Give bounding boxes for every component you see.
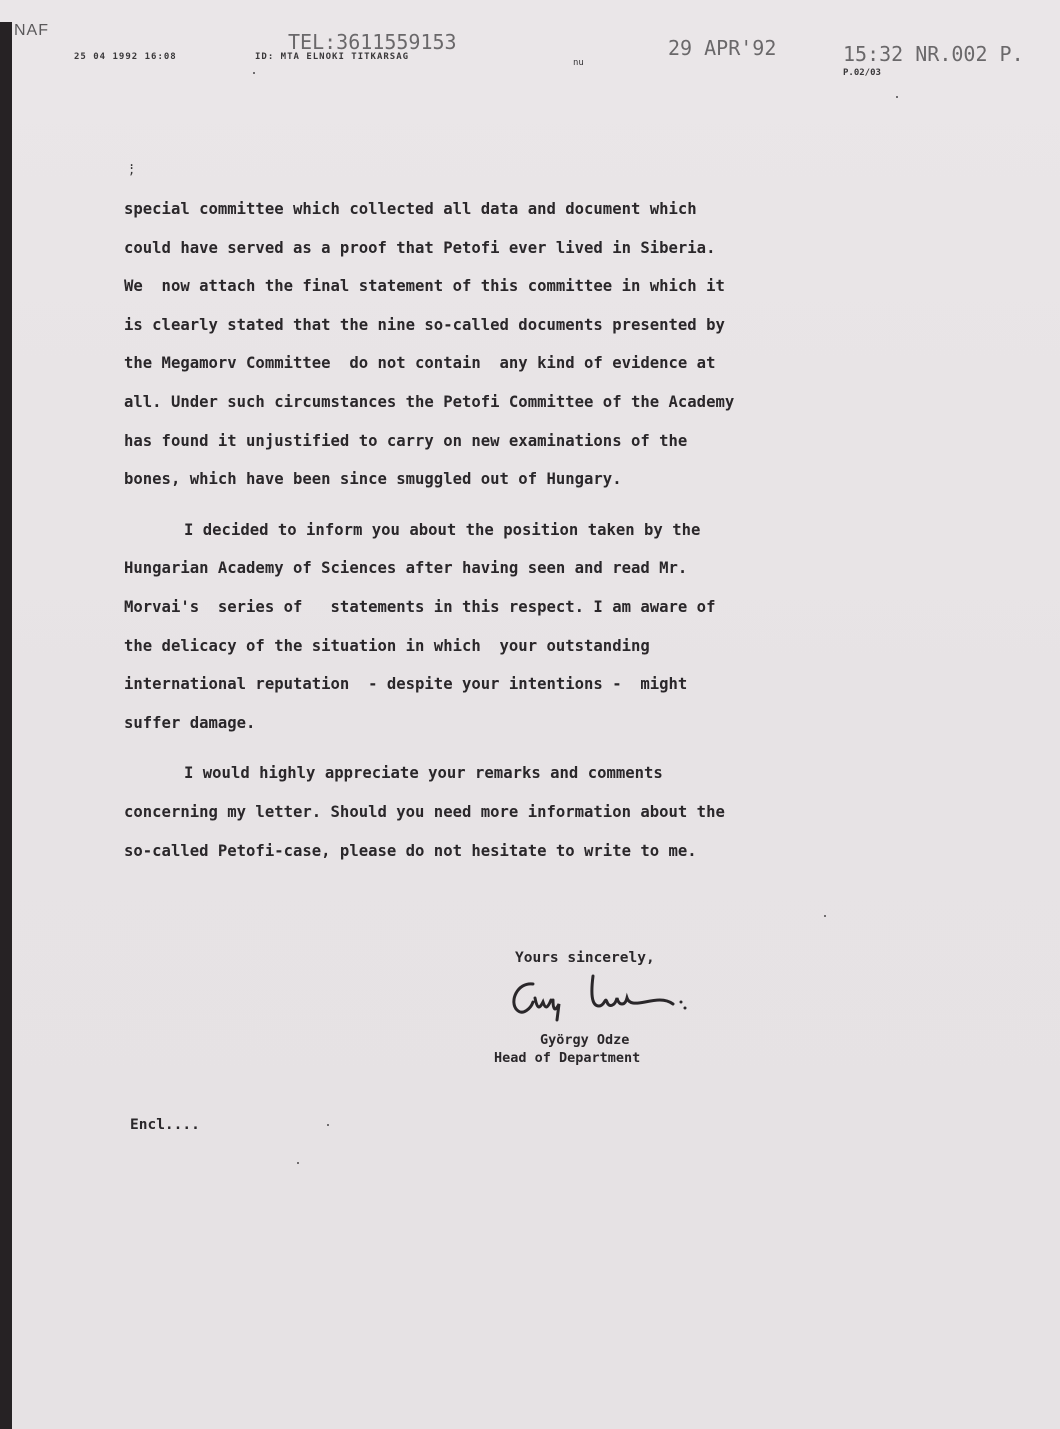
letter-line: has found it unjustified to carry on new… — [124, 422, 894, 461]
letter-line: special committee which collected all da… — [124, 190, 894, 229]
letter-paragraph: special committee which collected all da… — [124, 190, 894, 499]
letter-line: I would highly appreciate your remarks a… — [124, 754, 894, 793]
enclosure-note: Encl.... — [130, 1117, 200, 1133]
scan-speck — [253, 72, 255, 74]
letter-line: We now attach the final statement of thi… — [124, 267, 894, 306]
letter-line: could have served as a proof that Petofi… — [124, 229, 894, 268]
signer-name: György Odze — [540, 1032, 629, 1048]
page-stamp: P.02/03 — [843, 68, 881, 78]
scan-edge-shadow — [0, 22, 12, 1429]
fax-page: NAF 25 04 1992 16:08 ID: MTA ELNOKI TITK… — [0, 0, 1060, 1429]
sender-code: NAF — [14, 22, 49, 40]
margin-mark: .; — [128, 158, 135, 174]
transmission-stamp-left: 25 04 1992 16:08 — [74, 52, 177, 62]
scan-speck — [896, 96, 898, 98]
scan-speck — [327, 1124, 329, 1126]
letter-line: the delicacy of the situation in which y… — [124, 627, 894, 666]
paragraph-gap — [124, 742, 894, 754]
fax-time-number: 15:32 NR.002 P. — [843, 42, 1024, 66]
letter-line: Morvai's series of statements in this re… — [124, 588, 894, 627]
letter-paragraph: I would highly appreciate your remarks a… — [124, 754, 894, 870]
letter-line: the Megamorv Committee do not contain an… — [124, 344, 894, 383]
signature-image — [505, 972, 735, 1022]
fax-header: NAF 25 04 1992 16:08 ID: MTA ELNOKI TITK… — [0, 0, 1060, 100]
letter-line: international reputation - despite your … — [124, 665, 894, 704]
letter-line: I decided to inform you about the positi… — [124, 511, 894, 550]
fax-mark: nu — [573, 58, 584, 68]
letter-line: is clearly stated that the nine so-calle… — [124, 306, 894, 345]
letter-line: bones, which have been since smuggled ou… — [124, 460, 894, 499]
scan-speck — [824, 915, 826, 917]
letter-line: suffer damage. — [124, 704, 894, 743]
fax-telephone: TEL:3611559153 — [288, 30, 457, 54]
letter-line: all. Under such circumstances the Petofi… — [124, 383, 894, 422]
letter-line: concerning my letter. Should you need mo… — [124, 793, 894, 832]
signer-title: Head of Department — [494, 1050, 640, 1066]
letter-line: Hungarian Academy of Sciences after havi… — [124, 549, 894, 588]
scan-speck — [297, 1162, 299, 1164]
letter-body: special committee which collected all da… — [124, 190, 894, 870]
fax-date: 29 APR'92 — [668, 36, 776, 60]
paragraph-gap — [124, 499, 894, 511]
closing: Yours sincerely, — [515, 950, 655, 966]
letter-paragraph: I decided to inform you about the positi… — [124, 511, 894, 743]
letter-line: so-called Petofi-case, please do not hes… — [124, 832, 894, 871]
